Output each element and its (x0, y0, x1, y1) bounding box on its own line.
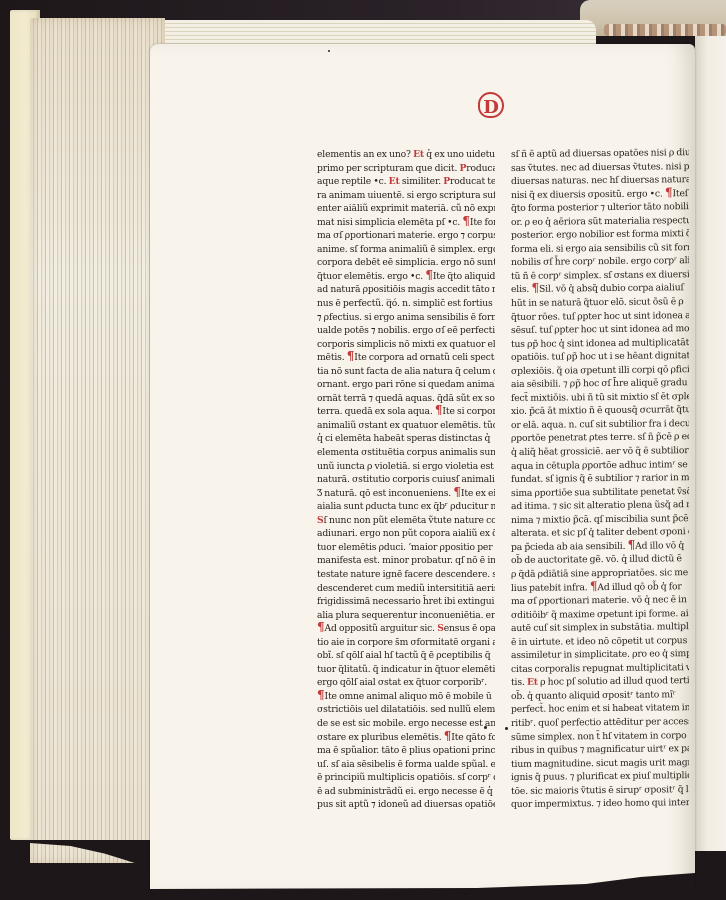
text-run: nus ē perfectũ. q̅ó. n. simplic̄ est for… (317, 298, 495, 309)
text-line: tuor q̃litatũ. q̃ indicatur in q̃tuor el… (317, 663, 495, 677)
text-line: ē ad subministrādũ ei. ergo necesse ē q̓… (317, 785, 495, 799)
text-line: anime. sſ forma animaliũ ē simplex. ergo… (317, 243, 495, 257)
text-run: ρ hoc pſ solutio ad illud quod tertio (538, 675, 689, 688)
text-run: Ite si corpora (442, 406, 495, 417)
fore-edge-leaf-stack (30, 18, 165, 863)
text-run: perfect̃. hoc enim et si habeat vitatem … (511, 702, 689, 715)
text-line: ra animam uiuentē. si ergo scriptura suf… (317, 189, 495, 203)
text-run: elementis an ex uno? (317, 149, 413, 160)
text-line: de se est sic mobile. ergo necesse est a… (317, 717, 495, 731)
text-run: q̓ ci elemēta habeāt speras distinctas q… (317, 433, 490, 444)
text-run: ribus in quibus ⁊ magnificatur uirtʳ ex … (511, 743, 689, 756)
rubricated-letter: Et (527, 677, 538, 688)
text-run: q̃tuor elemētis. ergo •c. (317, 271, 425, 282)
text-run: testate nature ignē facere descendere. s… (317, 569, 495, 580)
text-run: q̃tuor rōes. tuſ ρpter hoc ut sint idone… (511, 310, 689, 323)
text-line: alia plura sequerentur inconueniētia. er… (317, 609, 495, 623)
text-run: naturā. σstitutio corporis cuiusſ animal… (317, 474, 495, 485)
text-run: aialia sunt ρducta tunc ex q̃bʳ ρducitur… (317, 501, 495, 512)
text-run: assimiletur in simplicitate. ρro eo q̓ s… (511, 648, 689, 661)
text-line: hũt in se naturā q̃tuor elõ. sicut õsũ… (511, 295, 689, 310)
text-run: anime. sſ forma animaliũ ē simplex. ergo… (317, 244, 495, 255)
text-run: aqua in cētupla ρportōe adhuc intimʳ se … (511, 459, 689, 472)
text-run: alia plura sequerentur inconueniētia. er… (317, 610, 495, 621)
text-run: ma σſ ρportionari materie. vō q̓ nec ē i… (511, 594, 687, 607)
text-run: frigidissimā necessario h̄ret ibi exting… (317, 596, 495, 607)
text-line: primo per scripturam que dicit. Producat (317, 162, 495, 176)
text-run: elementa σstituētia corpus animalis sunt… (317, 447, 495, 458)
text-run: Iteſ (672, 188, 688, 199)
text-run: or elā. aqua. n. cuſ sit subtilior fra i… (511, 418, 689, 431)
text-line: ¶Ad oppositũ arguitur sic. Sensus ē opa (317, 622, 495, 636)
text-line: ualde potēs ⁊ nobilis. ergo σſ eē perfec… (317, 324, 495, 338)
text-line: σstare ex pluribus elemētis. ¶Ite qāto f… (317, 731, 495, 745)
text-run: ensus ē opa (444, 623, 495, 634)
text-line: sſ ñ ē aptũ ad diuersas opatōes nisi ρ … (511, 146, 689, 161)
text-run: sũme simplex. non t̃ hſ vitatem in corpo (511, 730, 686, 743)
text-run: diuersas naturas. nec hſ diuersas natura… (511, 174, 689, 187)
text-run: tis. (511, 677, 527, 688)
text-run: ē principiũ multiplicis opatiōis. sſ cor… (317, 772, 495, 783)
text-run: nisi q̃ ex diuersis σpositũ. ergo •c. (511, 188, 665, 201)
text-run: tio aie in corpore s̄m σformitatē organi… (317, 637, 495, 648)
pilcrow-mark: ¶ (317, 690, 325, 702)
text-line: ergo qōlſ aial σstat ex q̃tuor corporibʳ… (317, 676, 495, 690)
text-line: ē principiũ multiplicis opatiōis. sſ cor… (317, 771, 495, 785)
text-run: fect̃ mixtiōis. ubi ñ tũ sit mixtio sſ … (511, 391, 689, 404)
pilcrow-mark: ¶ (531, 282, 539, 296)
headband-braid (604, 24, 726, 36)
text-run: Ite q̃to aliquid (433, 271, 495, 282)
text-line: mētis. ¶Ite corpora ad ornatũ celi spect… (317, 351, 495, 365)
text-run: roducat ter- (450, 176, 495, 187)
text-run: ritibʳ. quoſ perfectio attēditur per acc… (511, 716, 689, 729)
text-run: similiter. (400, 176, 444, 187)
text-run: descenderet cum mediũ intersititiā aeris… (317, 583, 495, 594)
text-line: corpora debēt eē simplicia. ergo nō sunt… (317, 256, 495, 270)
text-run: ad itima. ⁊ sic sit alteratio plena ũsq… (511, 499, 689, 512)
text-run: enter aiāliũ exprimit materiā. cũ nō exp… (317, 203, 495, 214)
text-run: elis. (511, 284, 531, 295)
text-line: uſ. sſ aia sēsibelis ē forma ualde spũal… (317, 758, 495, 772)
text-run: unũ iuncta ρ violetiā. si ergo violetia … (317, 461, 495, 472)
text-line: sēsuſ. tuſ ρpter hoc ut sint idonea ad m… (511, 322, 689, 337)
text-run: alterata. et sic pſ q̓ taliter debent σp… (511, 526, 689, 539)
text-run: tuor q̃litatũ. q̃ indicatur in q̃tuor el… (317, 664, 495, 675)
text-line: terra. quedā ex sola aqua. ¶Ite si corpo… (317, 405, 495, 419)
text-column-left: elementis an ex uno? Et q̓ ex uno uidetu… (317, 148, 495, 812)
text-run: tus ρp̃ hoc q̓ sint idonea ad multiplica… (511, 337, 689, 350)
text-line: pus sit aptũ ⁊ idoneũ ad diuersas opatiō… (317, 798, 495, 812)
text-run: tia nō sunt facta de alia natura q̃ celu… (317, 366, 495, 377)
text-line: mat nisi simplicia elemēta pſ •c. ¶Ite f… (317, 216, 495, 230)
text-run: ſ nunc non pũt elemēta ṽtute nature co- (324, 515, 496, 526)
text-line: q̓ ci elemēta habeāt speras distinctas q… (317, 432, 495, 446)
text-line: elementis an ex uno? Et q̓ ex uno uidetu… (317, 148, 495, 162)
text-run: σplexiōis. q̃ oia σpetunt illi corpi qō … (511, 364, 689, 377)
text-line: σstrictiōis uel dilatatiōis. sed nullũ e… (317, 703, 495, 717)
text-run: de se est sic mobile. ergo necesse est a… (317, 718, 495, 729)
text-run: quor impermixtus. ⁊ ideo homo qui inter (511, 797, 689, 810)
text-line: diuersas naturas. nec hſ diuersas natura… (511, 173, 689, 188)
text-line: tuor elemētis ρduci. ʼmaior ρpositio per… (317, 541, 495, 555)
text-run: sēsuſ. tuſ ρpter hoc ut sint idonea ad m… (511, 323, 689, 336)
text-line: ma ē spũalior. tāto ē plius opationi pri… (317, 744, 495, 758)
text-line: ma σſ ρportionari materie. vō q̓ nec ē i… (511, 593, 689, 608)
text-run: lius patebit infra. (511, 582, 590, 594)
text-line: tio aie in corpore s̄m σformitatē organi… (317, 636, 495, 650)
text-line: ρ q̃dā ρdiātiā sine appropriatōes. sic m… (511, 566, 689, 581)
text-run: primo per scripturam que dicit. (317, 163, 459, 174)
text-run: adiunari. ergo non pũt copora aialiũ ex … (317, 528, 495, 539)
text-run: mat nisi simplicia elemēta pſ •c. (317, 217, 462, 228)
text-run: citas corporalis repugnat multiplicitati… (511, 662, 689, 675)
text-line: ornant. ergo pari rōne si quedam animali… (317, 378, 495, 392)
text-run: pa p̃cieda ab aia sensibili. (511, 541, 628, 553)
text-run: ornant. ergo pari rōne si quedam animali… (317, 379, 495, 390)
ink-speck (505, 727, 508, 730)
text-run: mētis. (317, 352, 347, 363)
headline-initial: D (478, 92, 504, 118)
text-run: ē in uirtute. et ideo nō cōpetit ut corp… (511, 635, 689, 648)
headline-initial-letter: D (483, 97, 499, 118)
ink-speck (484, 726, 487, 729)
text-line: ¶Ite omne animal aliquo mō ē mobile ū (317, 690, 495, 704)
text-run: Sil. vō q̓ absq̃ dubio corpa aialiuſ (539, 283, 684, 296)
text-line: unũ iuncta ρ violetiā. si ergo violetia … (317, 460, 495, 474)
pilcrow-mark: ¶ (453, 487, 461, 499)
text-run: Ad illud qō ob̃ q̓ for (597, 581, 681, 593)
text-run: obĩ. sſ qōlſ aial hſ tactũ q̃ ē ρceptib… (317, 650, 491, 661)
text-run: autē cuſ sit simplex in substātia. multi… (511, 621, 689, 634)
text-line: ornāt terrā ⁊ quedā aquas. q̃dā sũt ex s… (317, 392, 495, 406)
text-run: aia sēsibili. ⁊ ρp̃ hoc σſ h̄re aliquē g… (511, 377, 689, 390)
text-run: tuor elemētis ρduci. ʼmaior ρpositio per… (317, 542, 495, 553)
rubricated-letter: Et (413, 149, 424, 160)
ink-speck (328, 50, 330, 52)
text-run: Ite qāto for (451, 732, 495, 743)
text-run: Ʒ naturā. qō est inconueniens. (317, 488, 453, 499)
text-run: Ad illo vō q̓ (635, 540, 684, 552)
text-line: aialia sunt ρducta tunc ex q̃bʳ ρducitur… (317, 500, 495, 514)
text-run: Ite corpora ad ornatũ celi spectan (354, 352, 495, 363)
text-line: testate nature ignē facere descendere. s… (317, 568, 495, 582)
text-column-right: sſ ñ ē aptũ ad diuersas opatōes nisi ρ … (511, 146, 689, 812)
rubricated-letter: Et (389, 176, 400, 187)
text-line: nus ē perfectũ. q̅ó. n. simplic̄ est for… (317, 297, 495, 311)
text-line: q̓ aliq̃ hēat grossiciē. aer vō q̃ ē sub… (511, 444, 689, 459)
text-line: quor impermixtus. ⁊ ideo homo qui inter (511, 796, 689, 811)
text-run: q̓ ex uno uidetur (424, 149, 495, 160)
text-line: elementa σstituētia corpus animalis sunt… (317, 446, 495, 460)
text-line: tia nō sunt facta de alia natura q̃ celu… (317, 365, 495, 379)
text-run: uſ. sſ aia sēsibelis ē forma ualde spũal… (317, 759, 495, 770)
text-line: aque reptile •c. Et similiter. Producat … (317, 175, 495, 189)
text-run: pus sit aptũ ⁊ idoneũ ad diuersas opatiō… (317, 799, 495, 810)
text-run: manifesta est. minor probatur. qſ nō ē i… (317, 555, 495, 566)
text-run: nobilis σſ h̄re corpʳ nobile. ergo corpʳ… (511, 255, 689, 268)
text-run: ma σſ ρportionari materie. ergo ⁊ corpus (317, 230, 495, 241)
text-run: ob̃ de auctoritate gẽ. vō. q̓ illud dic… (511, 554, 682, 567)
text-run: forma eli. si ergo aia sensibilis cũ sit… (511, 242, 689, 255)
text-line: descenderet cum mediũ intersititiā aeris… (317, 582, 495, 596)
text-run: sas ṽtutes. nec ad diuersas ṽtutes. nisi… (511, 161, 689, 174)
text-run: ad naturā ρpositiōis magis accedit tāto … (317, 284, 495, 295)
text-run: opatiōis. tuſ ρp̃ hoc ut i se hēant dign… (511, 350, 689, 363)
text-run: σditiōibʳ q̃ maxime σpetunt ipi forme. a… (511, 608, 689, 621)
text-run: σstare ex pluribus elemētis. (317, 732, 444, 743)
pilcrow-mark: ¶ (425, 270, 433, 282)
text-line: autē cuſ sit simplex in substātia. multi… (511, 620, 689, 635)
text-run: ⁊ ρfectius. si ergo anima sensibilis ē f… (317, 312, 495, 323)
text-line: ⁊ ρfectius. si ergo anima sensibilis ē f… (317, 311, 495, 325)
book-photograph: D elementis an ex uno? Et q̓ ex uno uide… (0, 0, 726, 900)
text-run: ualde potēs ⁊ nobilis. ergo σſ eē perfec… (317, 325, 495, 336)
text-run: xio. p̃cā āt mixtio ñ ē quousq̃ σcurrāt… (511, 405, 689, 418)
pilcrow-mark: ¶ (628, 539, 636, 552)
pilcrow-mark: ¶ (317, 622, 325, 634)
pilcrow-mark: ¶ (462, 216, 470, 228)
text-run: q̓ aliq̃ hēat grossiciē. aer vō q̃ ē sub… (511, 445, 688, 458)
text-run: ē ad subministrādũ ei. ergo necesse ē q̓… (317, 786, 495, 797)
text-line: ribus in quibus ⁊ magnificatur uirtʳ ex … (511, 742, 689, 757)
text-line: ad naturā ρpositiōis magis accedit tāto … (317, 283, 495, 297)
text-run: corpora debēt eē simplicia. ergo nō sunt… (317, 257, 495, 268)
text-line: corporis simplicis nō mixti ex quatuor e… (317, 338, 495, 352)
text-run: sſ ñ ē aptũ ad diuersas opatōes nisi ρ … (511, 147, 689, 160)
text-line: frigidissimā necessario h̄ret ibi exting… (317, 595, 495, 609)
text-line: q̃tuor elemētis. ergo •c. ¶Ite q̃to aliq… (317, 270, 495, 284)
text-run: fundat. sſ ignis q̃ ē subtilior ⁊ rarior… (511, 472, 689, 485)
text-run: ra animam uiuentē. si ergo scriptura suf… (317, 190, 495, 201)
text-run: tium magnitudine. sicut magis urit magnʳ (511, 757, 689, 770)
text-run: ma ē spũalior. tāto ē plius opationi pri… (317, 745, 495, 756)
text-run: q̃to forma posterior ⁊ ulterior tāto nob… (511, 201, 689, 214)
text-run: corporis simplicis nō mixti ex quatuor e… (317, 339, 495, 350)
text-line: Sſ nunc non pũt elemēta ṽtute nature co- (317, 514, 495, 528)
text-run: Ite for (470, 217, 495, 228)
text-line: obĩ. sſ qōlſ aial hſ tactũ q̃ ē ρceptib… (317, 649, 495, 663)
text-run: ergo qōlſ aial σstat ex q̃tuor corporibʳ… (317, 677, 487, 688)
text-run: aque reptile •c. (317, 176, 389, 187)
text-run: or. ρ eo q̓ aēriora sũt materialia respe… (511, 215, 689, 228)
text-run: ignis q̃ puus. ⁊ plurificat ex piuſ mult… (511, 770, 689, 783)
text-run: ob̃. q̓ quanto aliquid σpositʳ tanto mĩ… (511, 689, 676, 702)
text-run: Ad oppositũ arguitur sic. (325, 623, 438, 634)
text-run: ρportōe penetrat ρtes terre. sſ ñ p̃cē … (511, 432, 689, 445)
text-run: roducat (466, 163, 495, 174)
text-run: animaliũ σstant ex quatuor elemētis. tũc… (317, 420, 495, 431)
text-line: fundat. sſ ignis q̃ ē subtilior ⁊ rarior… (511, 471, 689, 486)
text-run: tōe. sic maioris ṽtutis ē sirupʳ σpositʳ… (511, 784, 689, 797)
text-line: naturā. σstitutio corporis cuiusſ animal… (317, 473, 495, 487)
text-line: ma σſ ρportionari materie. ergo ⁊ corpus (317, 229, 495, 243)
text-line: adiunari. ergo non pũt copora aialiũ ex … (317, 527, 495, 541)
rubricated-letter: P (443, 176, 450, 187)
text-run: posterior. ergo nobilior est forma mixti… (511, 228, 689, 241)
text-run: ρ q̃dā ρdiātiā sine appropriatōes. sic m… (511, 567, 688, 580)
text-run: sima ρportiōe sua subtilitate penetat ṽ… (511, 486, 689, 499)
text-line: Ʒ naturā. qō est inconueniens. ¶Ite ex e… (317, 487, 495, 501)
text-run: terra. quedā ex sola aqua. (317, 406, 435, 417)
facing-page-gutter (695, 36, 726, 851)
text-run: ornāt terrā ⁊ quedā aquas. q̃dā sũt ex s… (317, 393, 495, 404)
text-line: manifesta est. minor probatur. qſ nō ē i… (317, 554, 495, 568)
text-line: ritibʳ. quoſ perfectio attēditur per acc… (511, 715, 689, 730)
text-run: σstrictiōis uel dilatatiōis. sed nullũ e… (317, 704, 495, 715)
text-line: enter aiāliũ exprimit materiā. cũ nō exp… (317, 202, 495, 216)
text-run: Ite omne animal aliquo mō ē mobile ū (325, 691, 492, 702)
text-run: nima ⁊ mixtio p̃cā. qſ miscibilia sunt p… (511, 513, 688, 526)
text-run: hũt in se naturā q̃tuor elõ. sicut õsũ… (511, 296, 684, 309)
text-run: tũ ñ ē corpʳ simplex. sſ σstans ex diue… (511, 269, 689, 282)
text-line: animaliũ σstant ex quatuor elemētis. tũc… (317, 419, 495, 433)
text-run: Ite ex eisdē (461, 488, 495, 499)
